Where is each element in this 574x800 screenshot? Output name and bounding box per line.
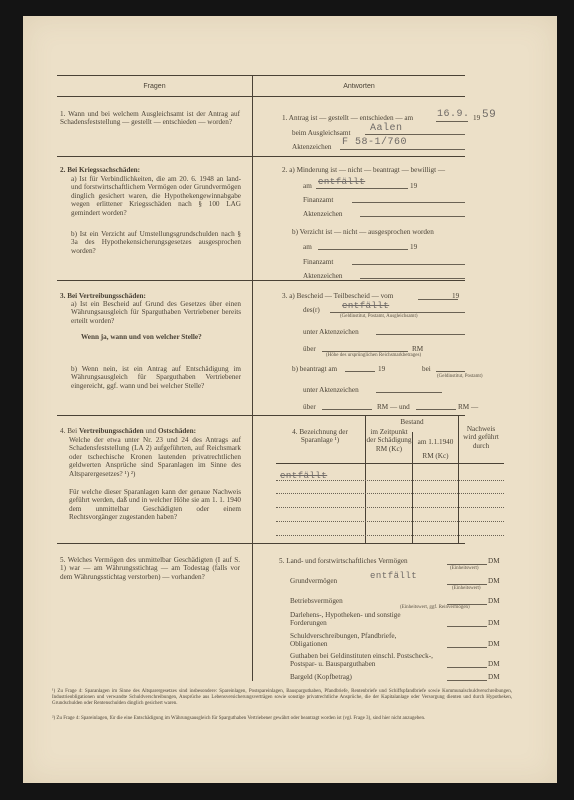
q3-unter-line[interactable] xyxy=(376,334,465,335)
q3b-year: 19 xyxy=(378,365,385,373)
q5-row-6-line[interactable] xyxy=(447,667,487,668)
q2b-finanzamt-line[interactable] xyxy=(352,264,465,265)
q5-row-5-label: Schuldverschreibungen, Pfandbriefe, Obli… xyxy=(290,632,420,649)
q3b-bei: bei xyxy=(422,365,431,373)
q4-bottom-rule xyxy=(57,543,465,544)
q4-table-divider-3 xyxy=(458,415,459,543)
q1-year-field[interactable]: 59 xyxy=(482,109,496,121)
q3b-unter-label: unter Aktenzeichen xyxy=(303,386,359,394)
q5-row-5-line[interactable] xyxy=(447,647,487,648)
q5-row-2-typed[interactable]: entfällt xyxy=(370,571,417,581)
q4-text2: Für welche dieser Sparanlagen kann der g… xyxy=(69,488,241,522)
q5-row-4-unit: DM xyxy=(488,619,500,627)
q2-answer-b: b) Verzicht ist — nicht — ausgesprochen … xyxy=(292,228,434,236)
q3-bottom-rule xyxy=(57,415,465,416)
q4-text1: Welche der etwa unter Nr. 23 und 24 des … xyxy=(69,436,241,478)
q5-row-4-label: Darlehens-, Hypotheken- und sonstige For… xyxy=(290,611,420,628)
q5-row-5-unit: DM xyxy=(488,640,500,648)
q3-ueber-line[interactable] xyxy=(322,351,408,352)
q5-row-1-label: 5. Land- und forstwirtschaftliches Vermö… xyxy=(279,557,408,565)
q3-unter-label: unter Aktenzeichen xyxy=(303,328,359,336)
q4-title-mid: und xyxy=(144,427,158,435)
q5-row-7-unit: DM xyxy=(488,673,500,681)
q4-col-bezeichnung: 4. Bezeichnung der Sparanlage ¹) xyxy=(276,428,364,445)
q5-row-2-hint: (Einheitswert) xyxy=(452,586,481,592)
q2-year: 19 xyxy=(410,182,417,190)
q3-ueber-label: über xyxy=(303,345,316,353)
q4-col-nachweis: Nachweis wird geführt durch xyxy=(460,425,502,450)
q4-row-line-3 xyxy=(276,507,504,508)
q5-row-3-unit: DM xyxy=(488,597,500,605)
q5-row-3-label: Betriebsvermögen xyxy=(290,597,343,605)
q2-answer-a: 2. a) Minderung ist — nicht — beantragt … xyxy=(282,166,445,174)
q3b-ueber-line2[interactable] xyxy=(416,409,456,410)
q1-date-field[interactable]: 16.9. xyxy=(437,109,470,120)
q5-row-1-unit: DM xyxy=(488,557,500,565)
q4-title: 4. Bei Vertreibungsschäden und Ostschäde… xyxy=(60,427,240,435)
q3-b: b) Wenn nein, ist ein Antrag auf Entschä… xyxy=(71,365,241,390)
q3b-bei-hint: (Geldinstitut, Postamt) xyxy=(437,374,483,380)
q1-ref-line xyxy=(340,149,465,150)
question-5: 5. Welches Vermögen des unmittelbar Gesc… xyxy=(60,556,240,581)
q3-des-hint: (Geldinstitut, Postamt, Ausgleichsamt) xyxy=(340,314,418,320)
table-top-rule xyxy=(57,75,465,76)
q3b-date-line[interactable] xyxy=(345,371,375,372)
q2-finanzamt-label: Finanzamt xyxy=(303,196,333,204)
q5-row-1-hint: (Einheitswert) xyxy=(450,566,479,572)
q1-ref-field[interactable]: F 58-1/760 xyxy=(342,137,407,148)
question-1: 1. Wann und bei welchem Ausgleichsamt is… xyxy=(60,110,240,127)
q5-row-4-line[interactable] xyxy=(447,626,487,627)
q5-row-6-label: Guthaben bei Geldinstituten einschl. Pos… xyxy=(290,652,440,669)
q2-title: 2. Bei Kriegssachschäden: xyxy=(60,166,140,174)
q2-b: b) Ist ein Verzicht auf Umstellungsgrund… xyxy=(71,230,241,255)
q2-am-label: am xyxy=(303,182,312,190)
q2b-am-line[interactable] xyxy=(318,249,408,250)
q3b-unter-line[interactable] xyxy=(376,392,442,393)
q2b-finanzamt-label: Finanzamt xyxy=(303,258,333,266)
q2-a: a) Ist für Verbindlichkeiten, die am 20.… xyxy=(71,175,241,217)
column-divider xyxy=(252,75,253,681)
header-antworten: Antworten xyxy=(253,83,465,91)
q5-row-1-line[interactable] xyxy=(447,564,487,565)
q5-row-2-label: Grundvermögen xyxy=(290,577,337,585)
q3-des-line xyxy=(330,312,465,313)
q3-a: a) Ist ein Bescheid auf Grund des Gesetz… xyxy=(71,300,241,325)
q4-table-header-rule xyxy=(276,463,504,464)
q2-bottom-rule xyxy=(57,280,465,281)
q1-date-line xyxy=(436,121,468,122)
q2-aktenzeichen-label: Aktenzeichen xyxy=(303,210,343,218)
q1-ref-label: Aktenzeichen xyxy=(292,143,332,151)
q5-row-2-line[interactable] xyxy=(447,584,487,585)
header-bottom-rule xyxy=(57,96,465,97)
q3-answer-b: b) beantragt am xyxy=(292,365,337,373)
q2b-am-label: am xyxy=(303,243,312,251)
q3-des-label: des(r) xyxy=(303,306,320,314)
q3-year: 19 xyxy=(452,292,459,300)
q4-col-bestand: Bestand xyxy=(366,418,458,426)
q3b-bei-line[interactable] xyxy=(436,371,465,372)
q2-finanzamt-line[interactable] xyxy=(352,202,465,203)
q1-bottom-rule xyxy=(57,156,465,157)
q1-answer-line: 1. Antrag ist — gestellt — entschieden —… xyxy=(282,114,413,122)
q1-office-line xyxy=(365,134,465,135)
footnote-1: ¹) Zu Frage 4: Sparanlagen im Sinne des … xyxy=(52,689,512,707)
q3b-ueber-label: über xyxy=(303,403,316,411)
q5-row-6-unit: DM xyxy=(488,660,500,668)
q3-answer-a: 3. a) Bescheid — Teilbescheid — vom xyxy=(282,292,393,300)
q4-row-line-2 xyxy=(276,493,504,494)
footnote-2: ²) Zu Frage 4: Spareinlagen, für die ein… xyxy=(52,716,512,722)
q3-typed-entfaellt[interactable]: entfällt xyxy=(342,301,389,311)
q2-typed-entfaellt[interactable]: entfällt xyxy=(318,177,365,187)
q3b-ueber-line1[interactable] xyxy=(322,409,372,410)
q2-am-line xyxy=(316,188,408,189)
q4-title-b2: Ostschäden: xyxy=(158,427,196,435)
q3-a2: Wenn ja, wann und von welcher Stelle? xyxy=(81,333,202,341)
header-fragen: Fragen xyxy=(57,83,252,91)
q3b-rm-end: RM — xyxy=(458,403,478,411)
q4-table-divider-2 xyxy=(412,432,413,543)
q4-row-line-1 xyxy=(276,480,504,481)
q2b-year: 19 xyxy=(410,243,417,251)
q1-year-prefix: 19 xyxy=(473,114,480,122)
q4-col-1940: am 1.1.1940 xyxy=(413,438,458,446)
q4-title-pre: 4. Bei xyxy=(60,427,79,435)
q4-col-rm: RM (Kc) xyxy=(413,452,458,460)
q2b-aktenzeichen-line[interactable] xyxy=(360,278,465,279)
q4-title-b1: Vertreibungsschäden xyxy=(79,427,144,435)
q5-row-7-label: Bargeld (Kopfbetrag) xyxy=(290,673,352,681)
q4-row-line-4 xyxy=(276,521,504,522)
q3b-rm-und: RM — und xyxy=(377,403,410,411)
q4-row-line-5 xyxy=(276,535,504,536)
q5-row-2-unit: DM xyxy=(488,577,500,585)
q2-aktenzeichen-line[interactable] xyxy=(360,216,465,217)
q3-rm-hint: (Höhe des ursprünglichen Reichsmarkbetra… xyxy=(326,353,421,359)
q1-office-field[interactable]: Aalen xyxy=(370,123,403,134)
q5-row-7-line[interactable] xyxy=(447,680,487,681)
q4-col-zeitpunkt: im Zeitpunkt der Schädigung RM (Kc) xyxy=(366,428,412,453)
